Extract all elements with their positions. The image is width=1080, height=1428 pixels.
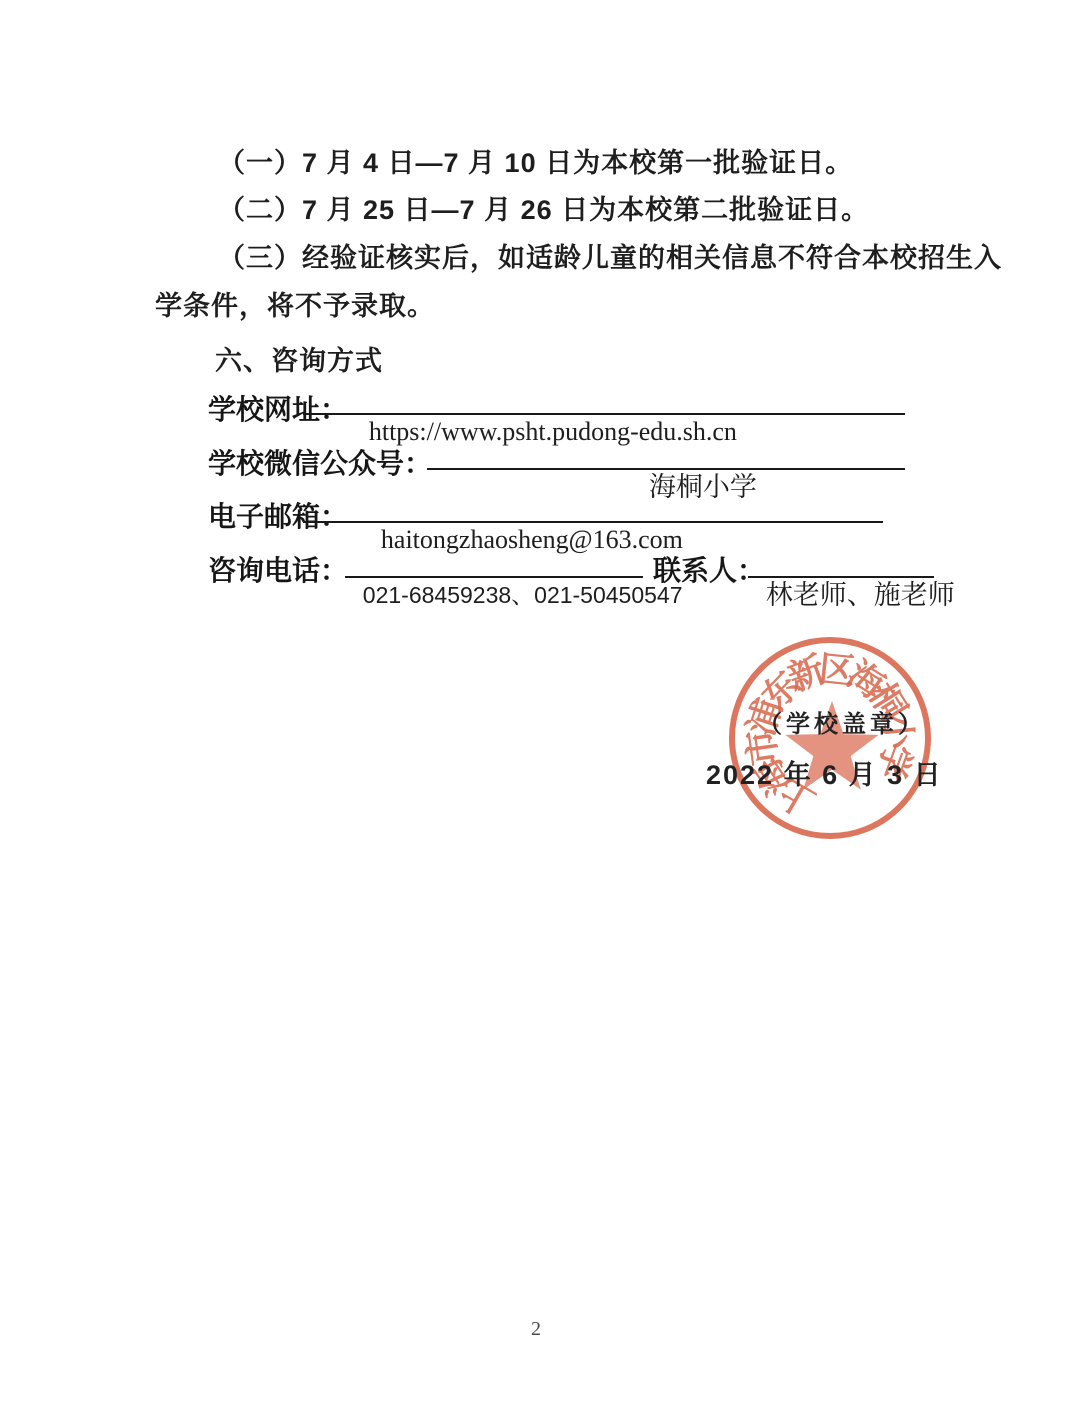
list-item-3-line2: 学条件，将不予录取。 [155,284,435,323]
email-field: haitongzhaosheng@163.com [303,489,883,523]
list-item-3-line1: （三）经验证核实后，如适龄儿童的相关信息不符合本校招生入 [218,236,1002,275]
list-item-2: （二）7 月 25 日—7 月 26 日为本校第二批验证日。 [218,188,869,227]
website-field: https://www.psht.pudong-edu.sh.cn [303,381,905,415]
wechat-label: 学校微信公众号： [208,442,432,482]
wechat-field: 海桐小学 [427,436,905,470]
contact-person-field: 林老师、施老师 [748,544,934,578]
page-number: 2 [0,1318,1072,1341]
section-heading: 六、咨询方式 [215,339,383,378]
stamp-caption: （学校盖章） [758,704,926,739]
stamp-date: 2022 年 6 月 3 日 [706,753,943,792]
phone-label: 咨询电话： [208,549,348,589]
document-page: （一）7 月 4 日—7 月 10 日为本校第一批验证日。 （二）7 月 25 … [0,0,1080,1428]
phone-field: 021-68459238、021-50450547 [345,544,643,578]
contact-person-value: 林老师、施老师 [766,578,955,612]
list-item-1: （一）7 月 4 日—7 月 10 日为本校第一批验证日。 [218,141,853,180]
phone-value: 021-68459238、021-50450547 [363,578,683,612]
